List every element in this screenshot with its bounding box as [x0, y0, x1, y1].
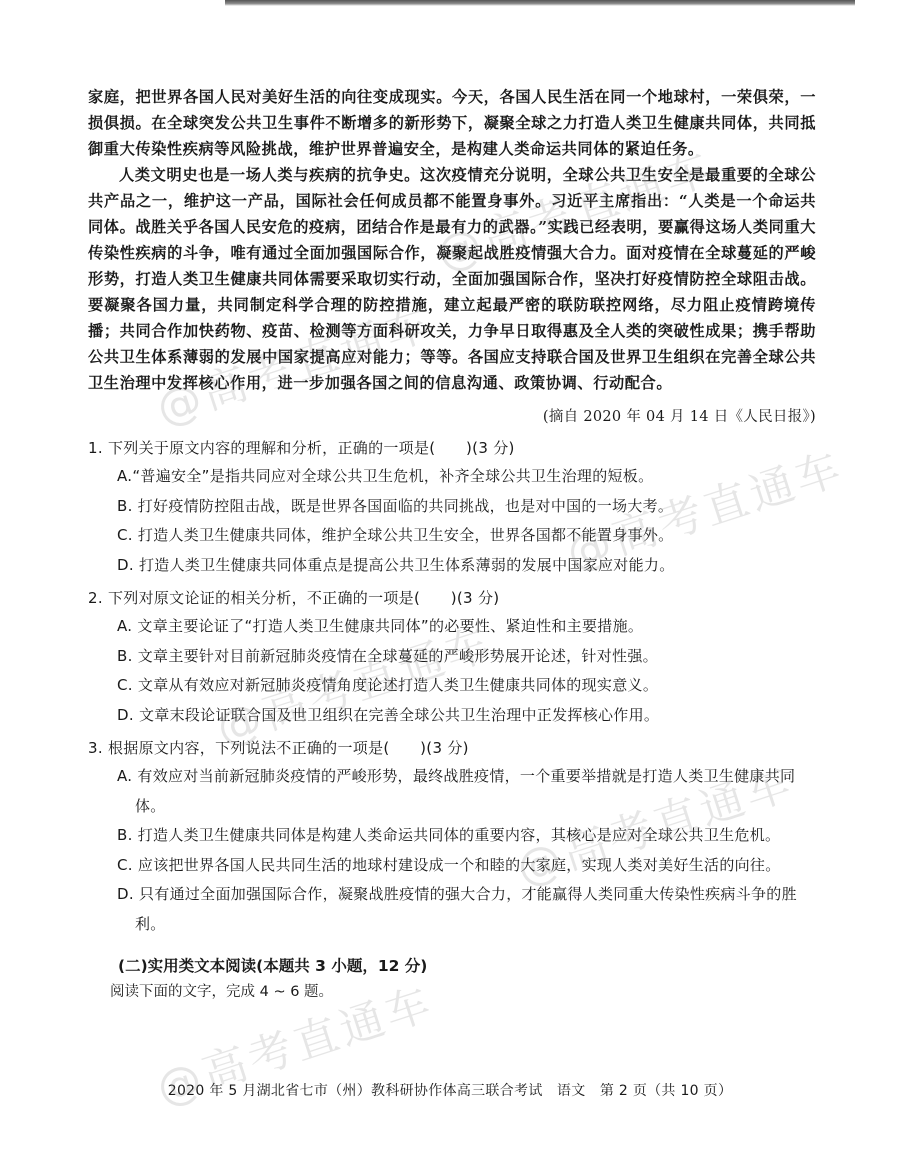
- option-c: C. 文章从有效应对新冠肺炎疫情角度论述打造人类卫生健康共同体的现实意义。: [117, 671, 816, 701]
- scan-top-edge: [225, 0, 855, 6]
- paragraph-1: 家庭，把世界各国人民对美好生活的向往变成现实。今天，各国人民生活在同一个地球村，…: [88, 84, 816, 162]
- option-b: B. 打好疫情防控阻击战，既是世界各国面临的共同挑战，也是对中国的一场大考。: [117, 492, 816, 522]
- option-d: D. 打造人类卫生健康共同体重点是提高公共卫生体系薄弱的发展中国家应对能力。: [117, 551, 816, 581]
- question-stem: 1. 下列关于原文内容的理解和分析，正确的一项是( )(3 分): [88, 434, 816, 462]
- question-2: 2. 下列对原文论证的相关分析，不正确的一项是( )(3 分) A. 文章主要论…: [88, 584, 816, 730]
- section-instruction: 阅读下面的文字，完成 4 ~ 6 题。: [110, 979, 816, 1005]
- option-b: B. 打造人类卫生健康共同体是构建人类命运共同体的重要内容，其核心是应对全球公共…: [117, 821, 816, 851]
- option-a: A.“普遍安全”是指共同应对全球公共卫生危机，补齐全球公共卫生治理的短板。: [117, 462, 816, 492]
- source-citation: (摘自 2020 年 04 月 14 日《人民日报》): [88, 404, 816, 430]
- option-d: D. 只有通过全面加强国际合作，凝聚战胜疫情的强大合力，才能赢得人类同重大传染性…: [117, 880, 816, 939]
- question-stem: 3. 根据原文内容，下列说法不正确的一项是( )(3 分): [88, 734, 816, 762]
- question-1: 1. 下列关于原文内容的理解和分析，正确的一项是( )(3 分) A.“普遍安全…: [88, 434, 816, 580]
- option-a: A. 有效应对当前新冠肺炎疫情的严峻形势，最终战胜疫情，一个重要举措就是打造人类…: [117, 762, 816, 821]
- paragraph-2: 人类文明史也是一场人类与疾病的抗争史。这次疫情充分说明，全球公共卫生安全是最重要…: [88, 162, 816, 396]
- option-c: C. 应该把世界各国人民共同生活的地球村建设成一个和睦的大家庭，实现人类对美好生…: [117, 851, 816, 881]
- question-3: 3. 根据原文内容，下列说法不正确的一项是( )(3 分) A. 有效应对当前新…: [88, 734, 816, 939]
- option-b: B. 文章主要针对目前新冠肺炎疫情在全球蔓延的严峻形势展开论述，针对性强。: [117, 642, 816, 672]
- option-a: A. 文章主要论证了“打造人类卫生健康共同体”的必要性、紧迫性和主要措施。: [117, 612, 816, 642]
- section-heading: (二)实用类文本阅读(本题共 3 小题，12 分): [118, 953, 816, 979]
- option-c: C. 打造人类卫生健康共同体，维护全球公共卫生安全，世界各国都不能置身事外。: [117, 521, 816, 551]
- option-d: D. 文章末段论证联合国及世卫组织在完善全球公共卫生治理中正发挥核心作用。: [117, 701, 816, 731]
- question-stem: 2. 下列对原文论证的相关分析，不正确的一项是( )(3 分): [88, 584, 816, 612]
- page-footer: 2020 年 5 月湖北省七市（州）教科研协作体高三联合考试 语文 第 2 页（…: [0, 1080, 900, 1100]
- exam-page: 家庭，把世界各国人民对美好生活的向往变成现实。今天，各国人民生活在同一个地球村，…: [88, 84, 816, 1005]
